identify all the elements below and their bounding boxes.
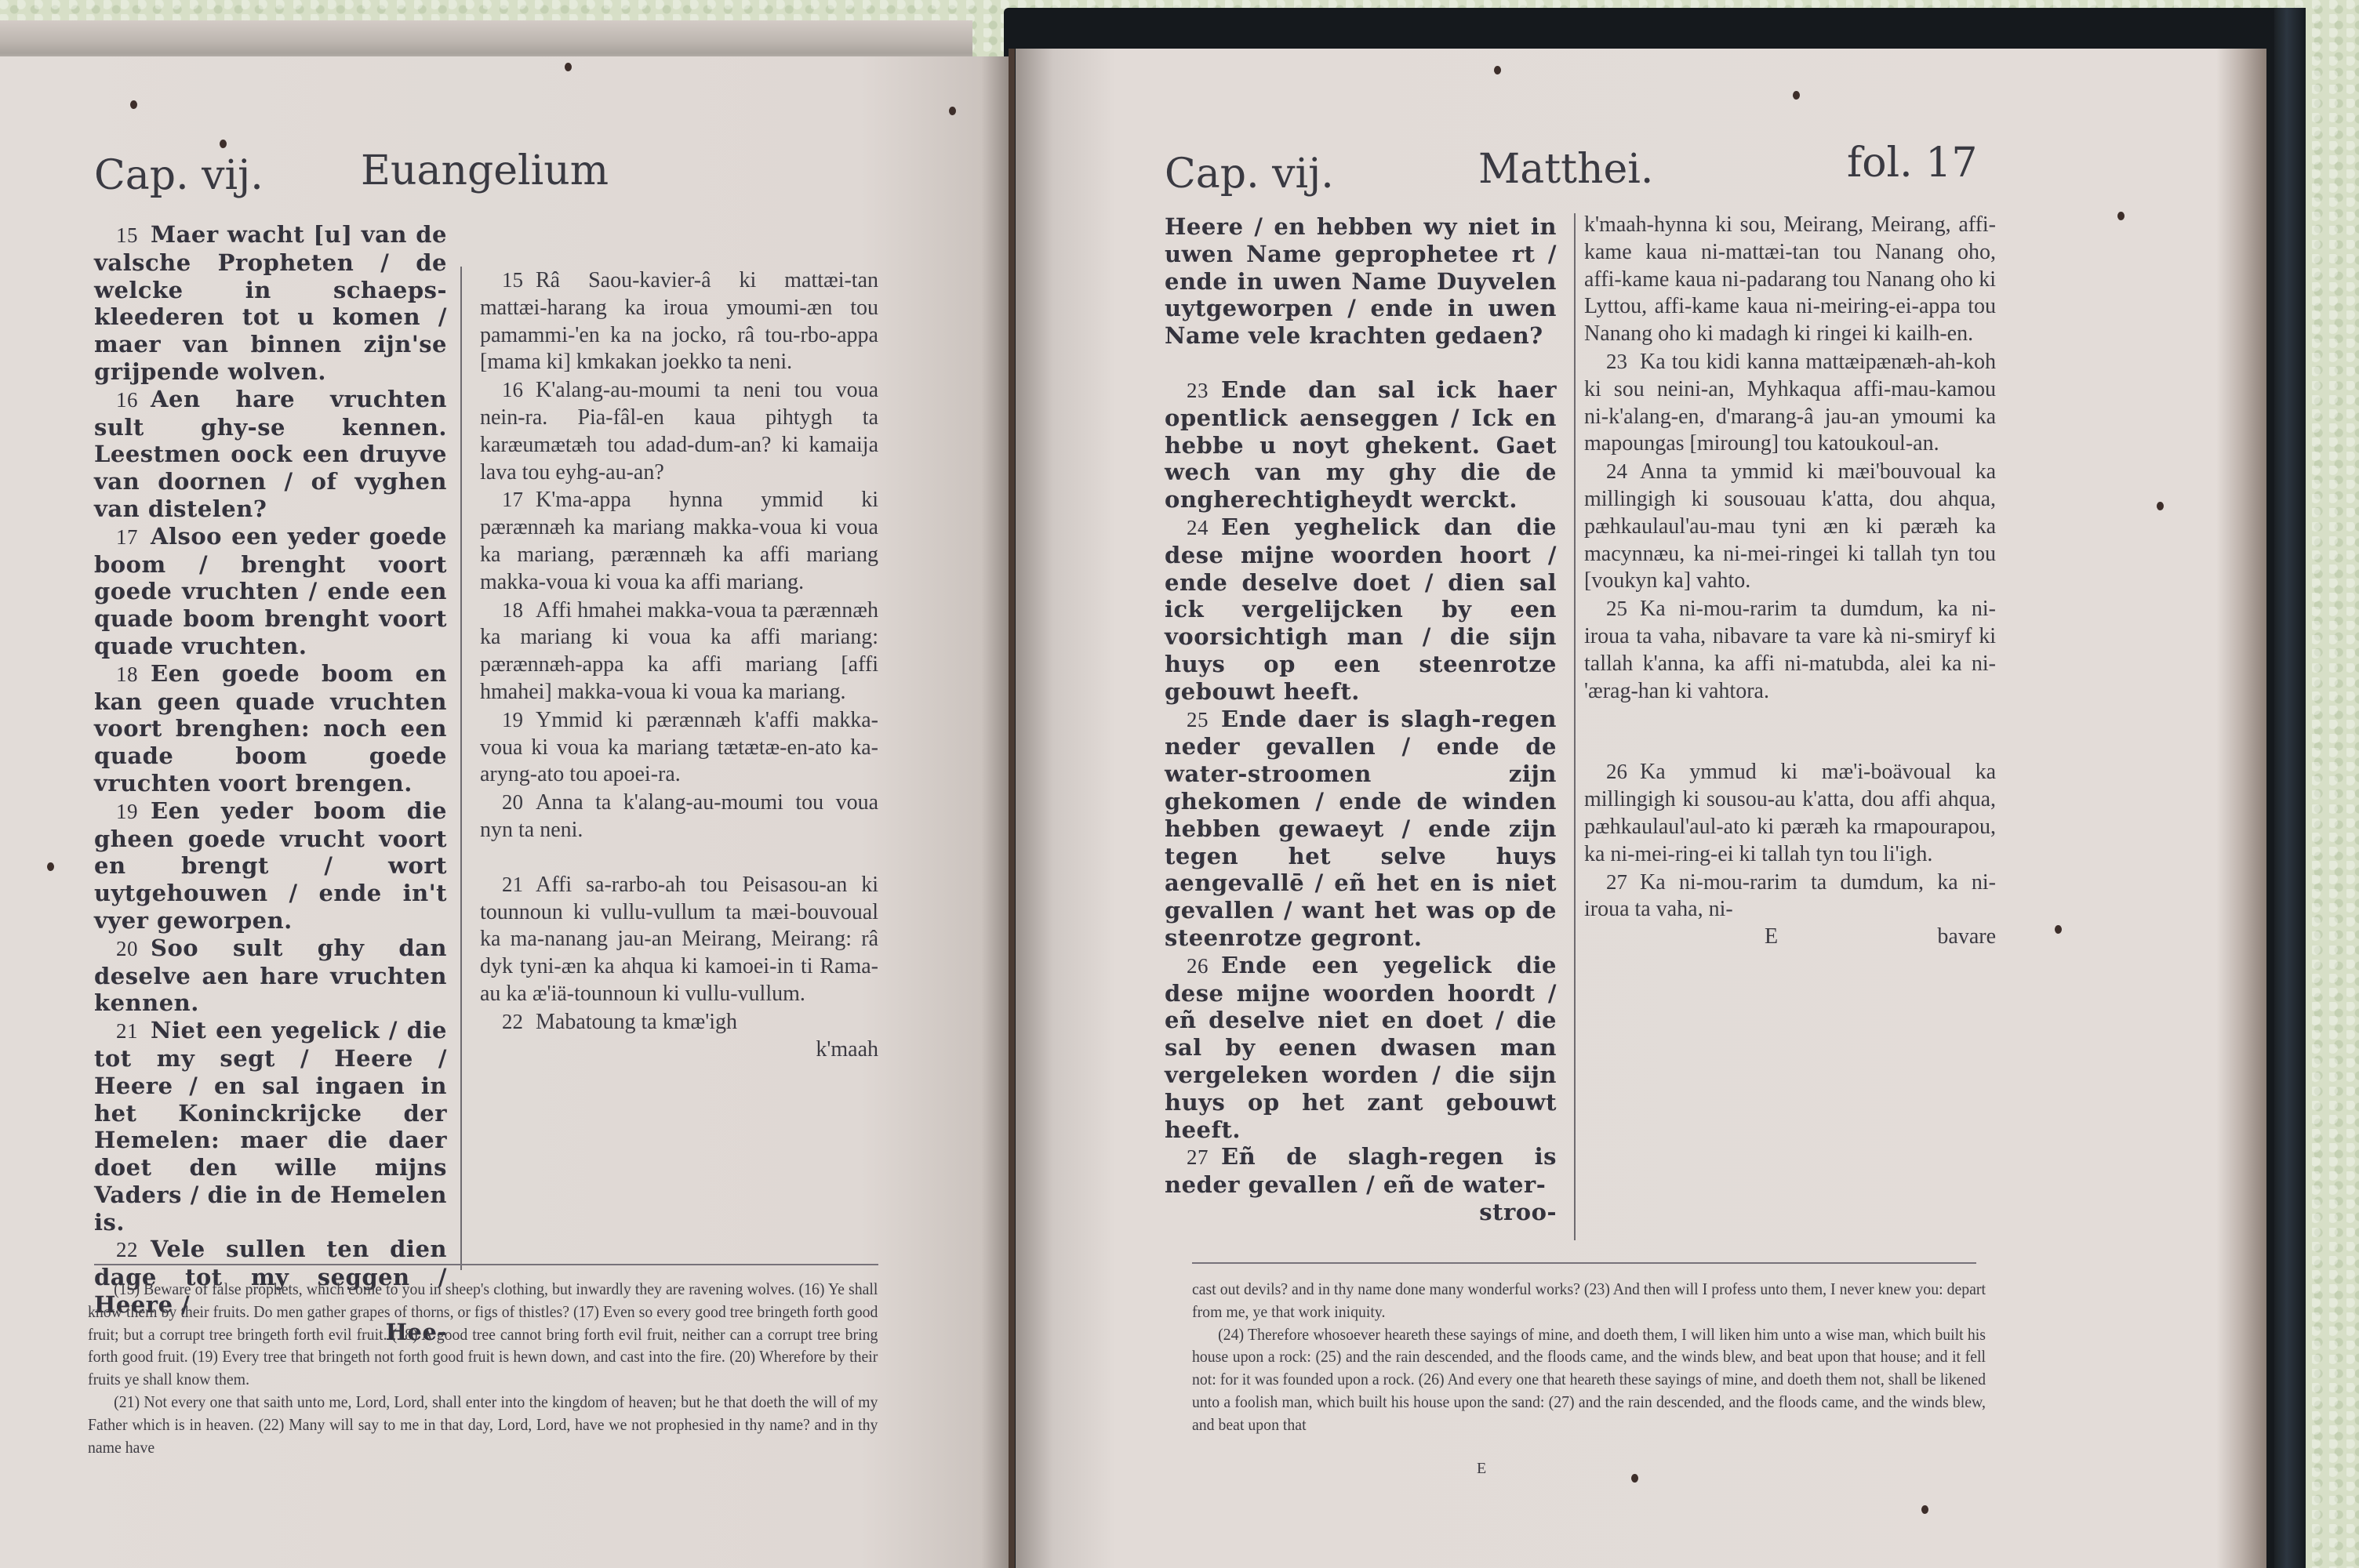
verse: 23Ende dan sal ick haer opentlick aenseg… — [1165, 376, 1557, 514]
verse: 21Affi sa-rarbo-ah tou Peisasou-an ki to… — [480, 871, 878, 1008]
verse: 26Ka ymmud ki mæ'i-boävoual ka millingig… — [1584, 758, 1996, 868]
verse: k'maah-hynna ki sou, Meirang, Meirang, a… — [1584, 212, 1996, 348]
paper-speck — [1631, 1474, 1638, 1483]
footnote-signature-mark: E — [1477, 1460, 1486, 1478]
verse: 24Een yeghelick dan die dese mijne woord… — [1165, 514, 1557, 706]
column-divider — [460, 267, 462, 1270]
right-page: Cap. vij. Matthei. fol. 17 Heere / en he… — [1016, 49, 2266, 1568]
column-divider — [1574, 213, 1576, 1240]
verse: 25Ka ni-mou-rarim ta dumdum, ka ni-iroua… — [1584, 595, 1996, 705]
catchword: stroo- — [1165, 1199, 1557, 1226]
right-chapter-heading: Cap. vij. — [1165, 151, 1334, 198]
verse: 19Ymmid ki pærænnæh k'affi makka-voua ki… — [480, 706, 878, 789]
verse: 25Ende daer is slagh-regen neder gevalle… — [1165, 706, 1557, 952]
verse: 26Ende een yegelick die dese mijne woord… — [1165, 952, 1557, 1144]
paper-speck — [949, 107, 956, 115]
paper-speck — [47, 862, 54, 871]
verse: 17K'ma-appa hynna ymmid ki pærænnæh ka m… — [480, 486, 878, 596]
folio-number: fol. 17 — [1847, 140, 1977, 187]
verse: 18Een goede boom en kan geen quade vruch… — [94, 660, 447, 797]
verse: 20Soo sult ghy dan deselve aen hare vruc… — [94, 935, 447, 1017]
footnote-rule — [1192, 1262, 1976, 1264]
left-title-heading: Euangelium — [361, 147, 609, 194]
verse: 15Maer wacht [u] van de valsche Prophete… — [94, 221, 447, 386]
verse: 17Alsoo een yeder goede boom / brenght v… — [94, 523, 447, 660]
verse: 18Affi hmahei makka-voua ta pærænnæh ka … — [480, 597, 878, 706]
left-chapter-heading: Cap. vij. — [94, 152, 264, 199]
left-formosan-column: 15Râ Saou-kavier-â ki mattæi-tan mattæi-… — [480, 267, 878, 1063]
left-dutch-column: 15Maer wacht [u] van de valsche Prophete… — [94, 221, 447, 1346]
verse: 21Niet een yegelick / die tot my segt / … — [94, 1017, 447, 1236]
catchword: bavare — [1937, 924, 1996, 951]
verse: 15Râ Saou-kavier-â ki mattæi-tan mattæi-… — [480, 267, 878, 376]
left-english-footnote: (15) Beware of false prophets, which com… — [88, 1278, 878, 1458]
paper-speck — [1793, 91, 1800, 100]
verse: 16Aen hare vruchten sult ghy-se kennen. … — [94, 386, 447, 523]
verse: 27Ka ni-mou-rarim ta dumdum, ka ni-iroua… — [1584, 869, 1996, 924]
paper-speck — [1921, 1505, 1928, 1514]
right-formosan-column: k'maah-hynna ki sou, Meirang, Meirang, a… — [1584, 212, 1996, 951]
verse: 16K'alang-au-moumi ta neni tou voua nein… — [480, 376, 878, 486]
verse: 24Anna ta ymmid ki mæi'bouvoual ka milli… — [1584, 458, 1996, 595]
paper-speck — [2117, 212, 2125, 220]
right-dutch-column: Heere / en hebben wy niet in uwen Name g… — [1165, 213, 1557, 1226]
paper-speck — [565, 63, 572, 71]
signature-mark: E — [1765, 924, 1778, 951]
paper-speck — [2055, 925, 2062, 934]
left-page: Cap. vij. Euangelium 15Maer wacht [u] va… — [0, 56, 1012, 1568]
catchword: k'maah — [480, 1036, 878, 1064]
paper-speck — [130, 100, 137, 109]
paper-speck — [2157, 502, 2164, 510]
right-title-heading: Matthei. — [1478, 146, 1653, 193]
paper-speck — [220, 140, 227, 148]
cover-spine-edge — [2274, 8, 2306, 1568]
footnote-rule — [94, 1264, 878, 1265]
verse: 20Anna ta k'alang-au-moumi tou voua nyn … — [480, 789, 878, 844]
verse: Heere / en hebben wy niet in uwen Name g… — [1165, 213, 1557, 350]
paper-speck — [1494, 66, 1501, 74]
verse: 19Een yeder boom die gheen goede vrucht … — [94, 797, 447, 935]
verse: 22Mabatoung ta kmæ'igh — [480, 1008, 878, 1036]
right-english-footnote: cast out devils? and in thy name done ma… — [1192, 1278, 1986, 1436]
verse: 27Eñ de slagh-regen is neder gevallen / … — [1165, 1143, 1557, 1199]
book-gutter — [1009, 49, 1015, 1568]
verse: 23Ka tou kidi kanna mattæipænæh-ah-koh k… — [1584, 348, 1996, 458]
